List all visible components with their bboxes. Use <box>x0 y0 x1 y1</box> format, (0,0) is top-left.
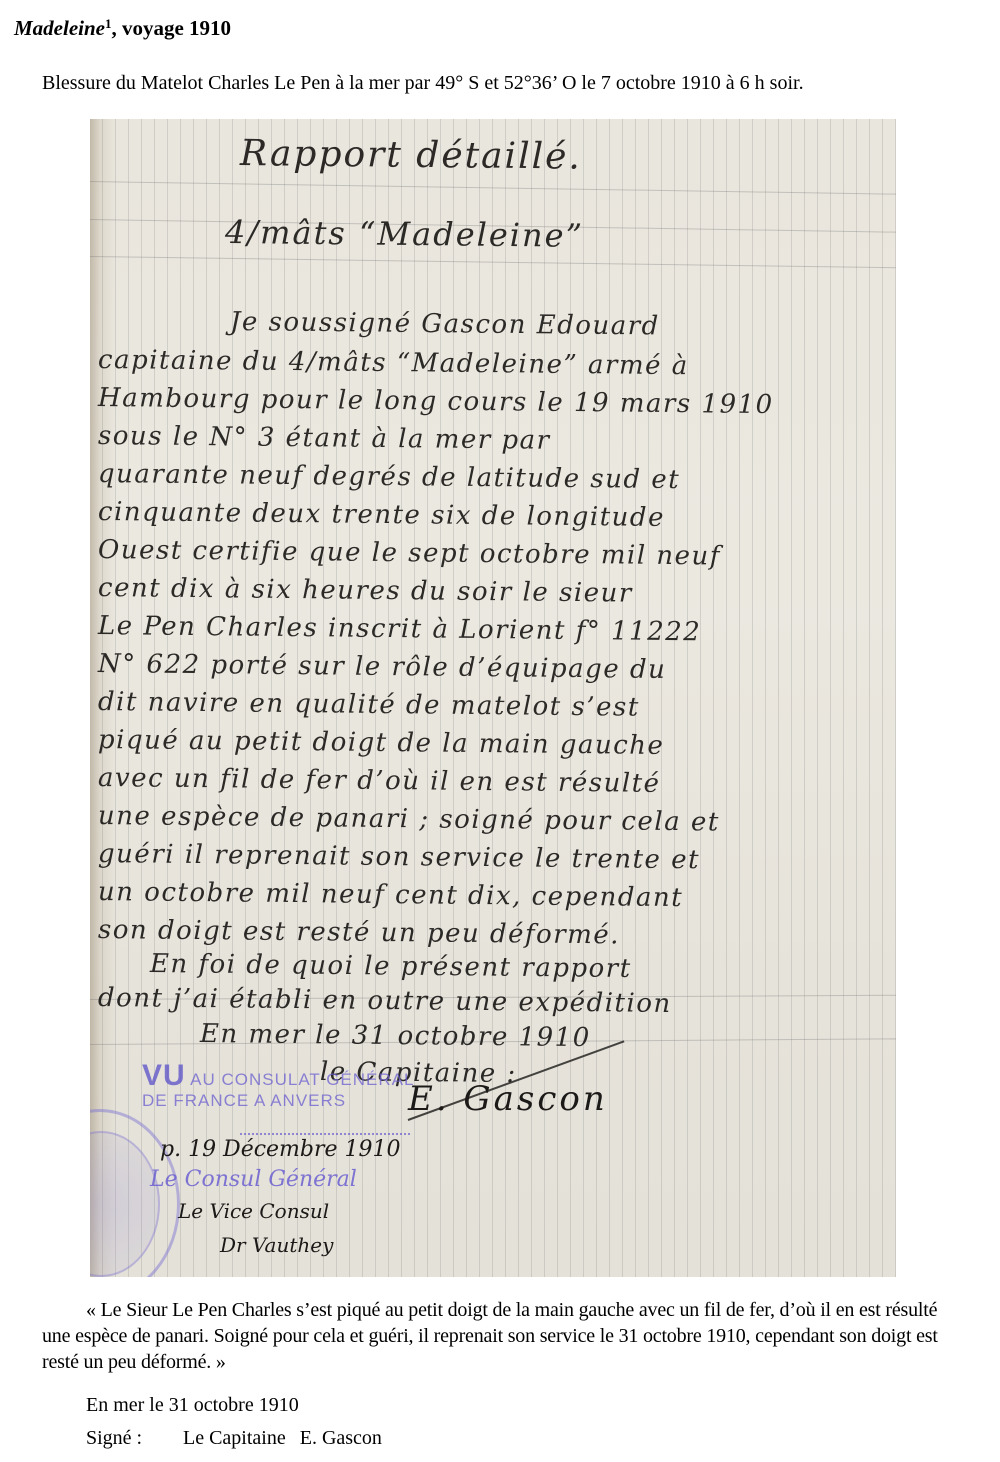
handwritten-line: N° 622 porté sur le rôle d’équipage du <box>98 649 888 687</box>
stamp-date: p. 19 Décembre 1910 <box>160 1137 401 1162</box>
signed-name: E. Gascon <box>300 1427 382 1449</box>
transcription-quote: « Le Sieur Le Pen Charles s’est piqué au… <box>42 1297 962 1375</box>
handwritten-line: quarante neuf degrés de latitude sud et <box>98 459 888 497</box>
handwritten-line: son doigt est resté un peu déformé. <box>98 915 888 953</box>
signed-role: Le Capitaine <box>183 1425 286 1451</box>
handwritten-line: Ouest certifie que le sept octobre mil n… <box>98 535 888 573</box>
handwritten-subheading: 4/mâts “Madeleine” <box>225 217 888 254</box>
captain-signature: E. Gascon <box>408 1079 608 1119</box>
signed-label: Signé : <box>86 1425 183 1451</box>
handwritten-line: En foi de quoi le présent rapport <box>150 949 888 987</box>
handwritten-line: un octobre mil neuf cent dix, cependant <box>98 877 888 915</box>
ruled-line <box>90 256 896 268</box>
handwritten-line: dont j’ai établi en outre une expédition <box>98 983 888 1021</box>
stamp-vice-consul: Le Vice Consul <box>178 1199 329 1223</box>
title-rest: , voyage 1910 <box>111 16 231 40</box>
handwritten-line: En mer le 31 octobre 1910 <box>200 1019 888 1056</box>
ship-name: Madeleine <box>14 16 105 40</box>
handwritten-line: Je soussigné Gascon Edouard <box>230 307 888 344</box>
handwritten-line: cinquante deux trente six de longitude <box>98 497 888 535</box>
ruled-line <box>90 181 896 195</box>
stamp-line-2: DE FRANCE A ANVERS <box>142 1091 414 1111</box>
place-and-date: En mer le 31 octobre 1910 <box>86 1392 299 1418</box>
handwritten-line: guéri il reprenait son service le trente… <box>98 839 888 877</box>
consul-signature: Dr Vauthey <box>220 1233 333 1257</box>
handwritten-line: dit navire en qualité de matelot s’est <box>98 687 888 725</box>
stamp-line-1: AU CONSULAT GÉNÉRAL <box>190 1070 414 1089</box>
signature-line: Signé :Le CapitaineE. Gascon <box>86 1425 382 1451</box>
handwritten-heading: Rapport détaillé. <box>240 139 888 176</box>
handwritten-line: cent dix à six heures du soir le sieur <box>98 573 888 611</box>
handwritten-line: sous le N° 3 étant à la mer par <box>98 421 888 459</box>
stamp-dotted-line <box>240 1133 410 1135</box>
handwritten-line: Hambourg pour le long cours le 19 mars 1… <box>98 383 888 421</box>
handwritten-line: Le Pen Charles inscrit à Lorient f° 1122… <box>98 611 888 649</box>
handwritten-line: avec un fil de fer d’où il en est résult… <box>98 763 888 801</box>
handwritten-line: piqué au petit doigt de la main gauche <box>98 725 888 763</box>
document-title: Madeleine1, voyage 1910 <box>14 14 231 42</box>
document-subtitle: Blessure du Matelot Charles Le Pen à la … <box>42 70 804 96</box>
consulate-stamp: VU AU CONSULAT GÉNÉRAL DE FRANCE A ANVER… <box>142 1059 414 1111</box>
stamp-vu: VU <box>142 1059 186 1092</box>
handwritten-line: une espèce de panari ; soigné pour cela … <box>98 801 888 839</box>
stamp-consul-general: Le Consul Général <box>150 1167 357 1192</box>
handwritten-line: capitaine du 4/mâts “Madeleine” armé à <box>98 345 888 383</box>
register-page-photo: Rapport détaillé. 4/mâts “Madeleine” Je … <box>90 119 896 1277</box>
